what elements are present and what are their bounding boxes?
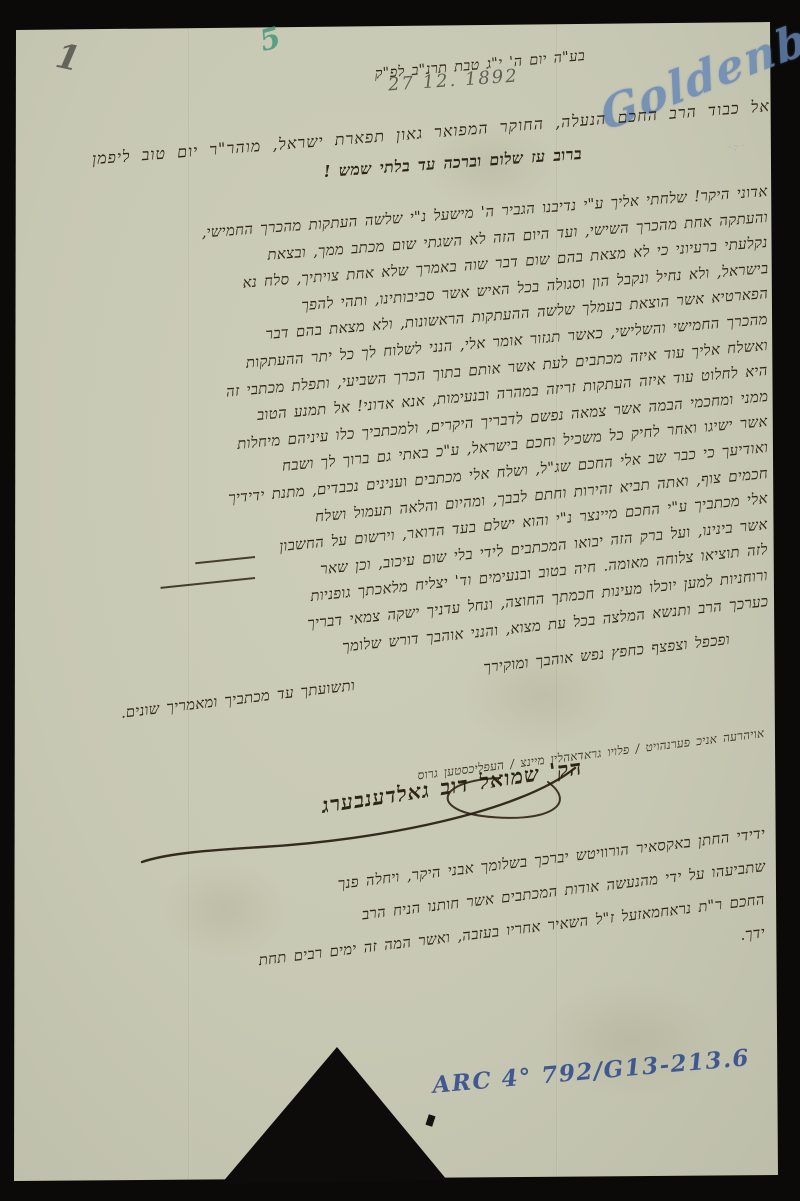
paper-stain xyxy=(160,860,290,960)
postscript-line: ידך. xyxy=(739,923,766,945)
fold-crease-left xyxy=(188,25,190,1179)
scanned-letter-page: 1 5 Goldenberg 27 12. 1892 ·׃·· בע"ה יום… xyxy=(0,0,800,1201)
faint-blue-stamp-trace: ·׃·· xyxy=(727,139,747,154)
